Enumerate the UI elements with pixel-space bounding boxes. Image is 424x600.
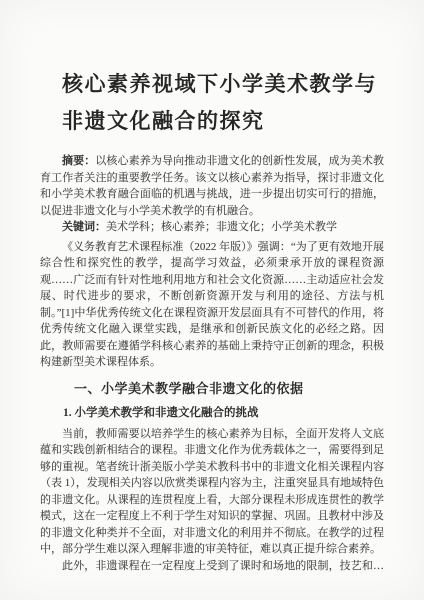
keywords-label: 关键词：: [62, 221, 106, 233]
body-paragraph-1: 当前，教师需要以培养学生的核心素养为目标，全面开发将人文底蕴和实践创新相结合的课…: [40, 426, 384, 558]
paper-title: 核心素养视域下小学美术教学与 非遗文化融合的探究: [62, 66, 384, 140]
section-1-heading: 一、小学美术教学融合非遗文化的依据: [74, 380, 384, 398]
document-page: 核心素养视域下小学美术教学与 非遗文化融合的探究 摘要：以核心素养为导向推动非遗…: [0, 0, 424, 600]
paper-title-line-2: 非遗文化融合的探究: [62, 103, 384, 140]
intro-paragraph: 《义务教育艺术课程标准（2022 年版）》强调：“为了更有效地开展综合性和探究性…: [40, 239, 384, 371]
paper-title-line-1: 核心素养视域下小学美术教学与: [62, 66, 384, 103]
abstract-label: 摘要：: [62, 155, 95, 167]
keywords-line: 关键词：美术学科；核心素养；非遗文化；小学美术教学: [40, 219, 384, 236]
abstract-paragraph: 摘要：以核心素养为导向推动非遗文化的创新性发展，成为美术教育工作者关注的重要教学…: [40, 153, 384, 219]
keywords-text: 美术学科；核心素养；非遗文化；小学美术教学: [106, 221, 337, 233]
body-paragraph-2-truncated: 此外，非遗课程在一定程度上受到了课时和场地的限制，技艺和记忆是非遗: [40, 558, 384, 575]
subsection-1-1-heading: 1. 小学美术教学和非遗文化融合的挑战: [40, 405, 384, 421]
page-content: 核心素养视域下小学美术教学与 非遗文化融合的探究 摘要：以核心素养为导向推动非遗…: [0, 0, 424, 574]
